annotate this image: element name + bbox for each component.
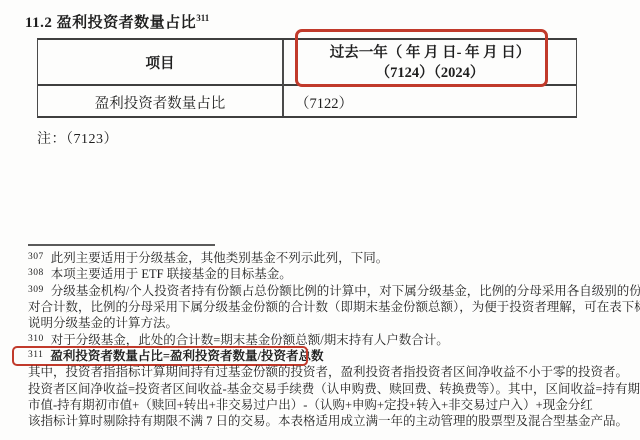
section-title-text: 11.2 盈利投资者数量占比 — [25, 15, 196, 31]
footnote-309-cont-2-text: 说明分级基金的计算方法。 — [28, 316, 178, 330]
footnote-311-cont-4: 该指标计算时剔除持有期限不满 7 日的交易。本表格适用成立满一年的主动管理的股票… — [28, 413, 636, 429]
footnote-309-cont-2: 说明分级基金的计算方法。 — [28, 315, 636, 331]
table-row-label: 盈利投资者数量占比 — [38, 86, 282, 118]
profit-investor-ratio-table: 项目 过去一年（ 年 月 日- 年 月 日） （7124）（2024） 盈利投资… — [37, 38, 577, 118]
footnote-311-cont-4-text: 该指标计算时剔除持有期限不满 7 日的交易。本表格适用成立满一年的主动管理的股票… — [28, 414, 628, 428]
footnote-308-number: 308 — [28, 268, 44, 278]
footnote-307: 307此列主要适用于分级基金，其他类别基金不列示此列，下同。 — [28, 250, 636, 266]
table-header-period: 过去一年（ 年 月 日- 年 月 日） （7124）（2024） — [284, 42, 576, 84]
footnote-309: 309分级基金机构/个人投资者持有份额占总份额比例的计算中，对下属分级基金，比例… — [28, 283, 636, 299]
table-header-item: 项目 — [38, 40, 282, 84]
footnote-311-cont-2-text: 投资者区间净收益=投资者区间收益-基金交易手续费（认申购费、赎回费、转换费等）。… — [28, 382, 640, 396]
table-note: 注：（7123） — [37, 128, 118, 148]
footnote-309-number: 309 — [28, 285, 44, 295]
footnote-311-text: 盈利投资者数量占比=盈利投资者数量/投资者总数 — [50, 349, 323, 363]
footnote-310-text: 对于分级基金，此处的合计数=期末基金份额总额/期末持有人户数合计。 — [51, 333, 449, 347]
footnote-309-cont-1-text: 对合计数，比例的分母采用下属分级基金份额的合计数（即期末基金份额总额），为便于投… — [28, 300, 640, 314]
footnotes-block: 307此列主要适用于分级基金，其他类别基金不列示此列，下同。 308本项主要适用… — [28, 250, 636, 430]
table-row-value: （7122） — [284, 86, 576, 118]
section-title: 11.2 盈利投资者数量占比311 — [25, 11, 209, 32]
footnote-309-cont-1: 对合计数，比例的分母采用下属分级基金份额的合计数（即期末基金份额总额），为便于投… — [28, 299, 636, 315]
footnote-307-number: 307 — [28, 252, 44, 262]
footnote-308: 308本项主要适用于 ETF 联接基金的目标基金。 — [28, 266, 636, 282]
table-header-period-line2: （7124）（2024） — [376, 63, 485, 83]
footnote-311-number: 311 — [28, 350, 43, 360]
footnote-311-cont-2: 投资者区间净收益=投资者区间收益-基金交易手续费（认申购费、赎回费、转换费等）。… — [28, 381, 636, 397]
footnote-308-text: 本项主要适用于 ETF 联接基金的目标基金。 — [51, 267, 292, 281]
footnote-311-cont-3: 市值-持有期初市值+（赎回+转出+非交易过户出）-（认购+申购+定投+转入+非交… — [28, 397, 636, 413]
table-header-period-line1: 过去一年（ 年 月 日- 年 月 日） — [330, 43, 531, 63]
footnote-311-cont-1: 其中，投资者指指标计算期间持有过基金份额的投资者，盈利投资者指投资者区间净收益不… — [28, 364, 636, 380]
section-title-footnote-ref: 311 — [196, 13, 209, 23]
footnote-311: 311盈利投资者数量占比=盈利投资者数量/投资者总数 — [28, 348, 636, 364]
footnote-311-cont-1-text: 其中，投资者指指标计算期间持有过基金份额的投资者，盈利投资者指投资者区间净收益不… — [28, 365, 628, 379]
footnote-311-cont-3-text: 市值-持有期初市值+（赎回+转出+非交易过户出）-（认购+申购+定投+转入+非交… — [28, 398, 593, 412]
footnote-separator-line — [28, 244, 215, 246]
footnote-310-number: 310 — [28, 334, 44, 344]
footnote-307-text: 此列主要适用于分级基金，其他类别基金不列示此列，下同。 — [51, 251, 389, 265]
footnote-309-text: 分级基金机构/个人投资者持有份额占总份额比例的计算中，对下属分级基金，比例的分母… — [51, 284, 640, 298]
footnote-310: 310对于分级基金，此处的合计数=期末基金份额总额/期末持有人户数合计。 — [28, 332, 636, 348]
